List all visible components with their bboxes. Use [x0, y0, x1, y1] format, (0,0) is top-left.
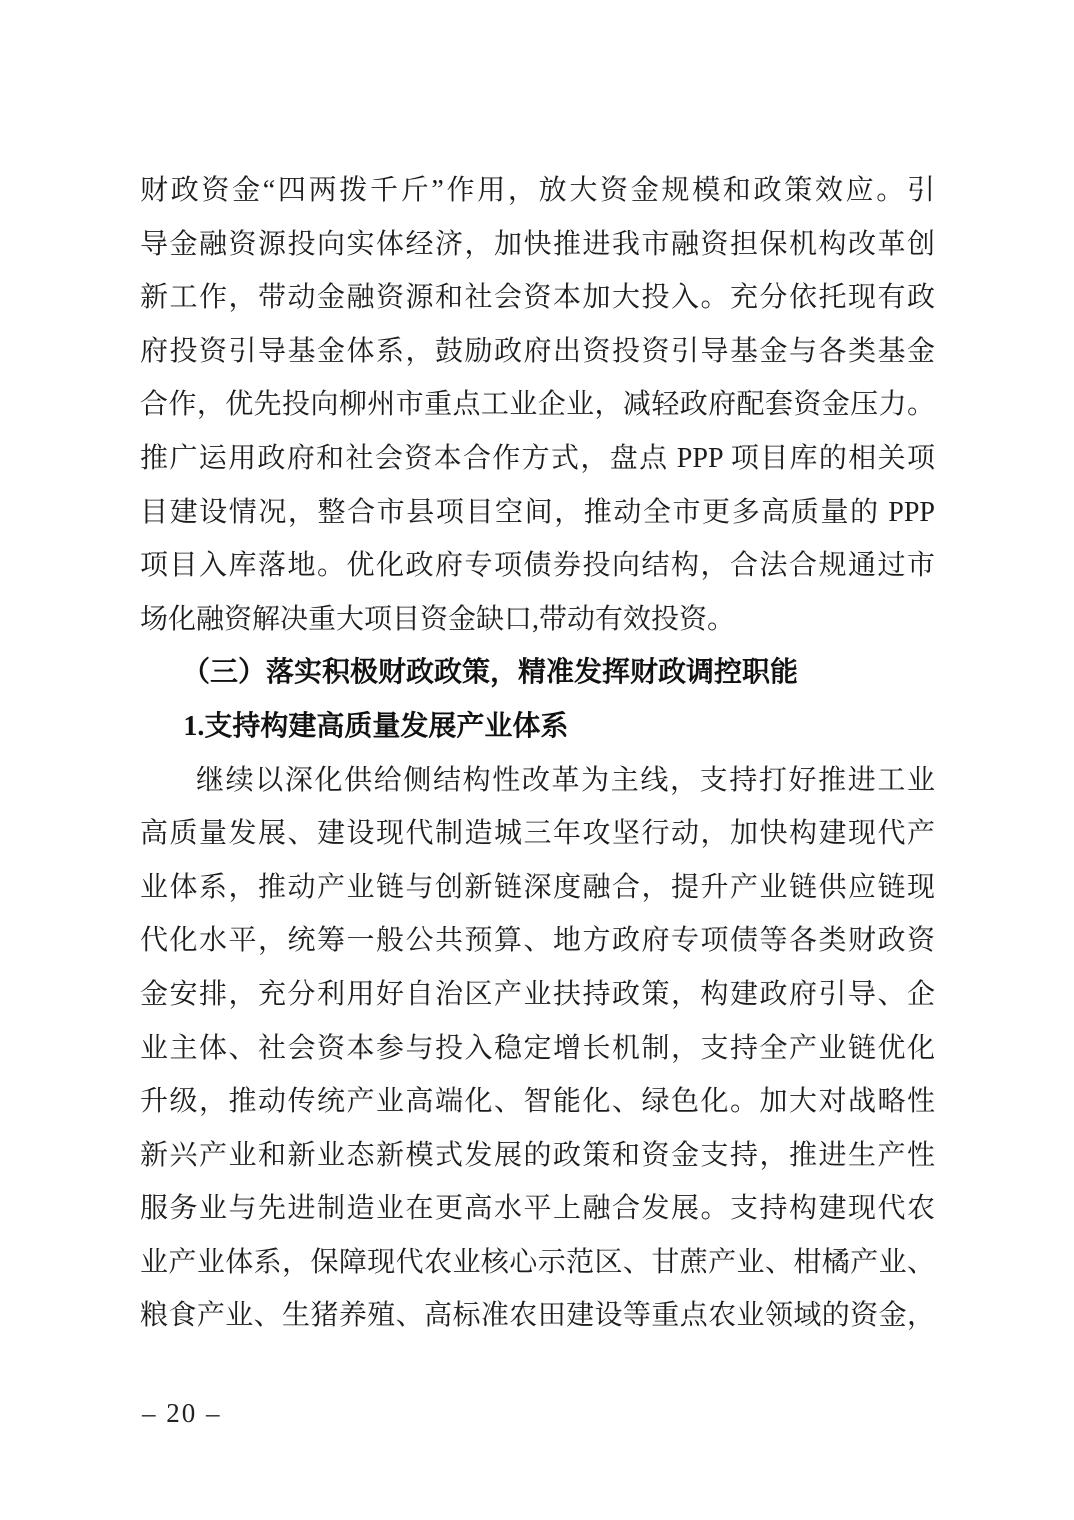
document-page: 财政资金“四两拨千斤”作用，放大资金规模和政策效应。引 导金融资源投向实体经济，…	[0, 0, 1074, 1520]
text-line: 服务业与先进制造业在更高水平上融合发展。支持构建现代农	[140, 1182, 935, 1236]
text-line: 业体系，推动产业链与创新链深度融合，提升产业链供应链现	[140, 861, 935, 915]
text-line: 项目入库落地。优化政府专项债券投向结构，合法合规通过市	[140, 539, 935, 593]
subsection-heading: 1.支持构建高质量发展产业体系	[140, 700, 935, 754]
text-line: 推广运用政府和社会资本合作方式，盘点 PPP 项目库的相关项	[140, 432, 935, 486]
text-line: 金安排，充分利用好自治区产业扶持政策，构建政府引导、企	[140, 968, 935, 1022]
text-line: 导金融资源投向实体经济，加快推进我市融资担保机构改革创	[140, 218, 935, 272]
text-line: 继续以深化供给侧结构性改革为主线，支持打好推进工业	[140, 754, 935, 808]
text-line: 业主体、社会资本参与投入稳定增长机制，支持全产业链优化	[140, 1022, 935, 1076]
text-line: 新工作，带动金融资源和社会资本加大投入。充分依托现有政	[140, 271, 935, 325]
text-line: 财政资金“四两拨千斤”作用，放大资金规模和政策效应。引	[140, 164, 935, 218]
text-line: 高质量发展、建设现代制造城三年攻坚行动，加快构建现代产	[140, 807, 935, 861]
text-line: 目建设情况，整合市县项目空间，推动全市更多高质量的 PPP	[140, 486, 935, 540]
text-line: 府投资引导基金体系，鼓励政府出资投资引导基金与各类基金	[140, 325, 935, 379]
section-heading: （三）落实积极财政政策，精准发挥财政调控职能	[140, 646, 935, 700]
page-number: – 20 –	[142, 1396, 222, 1430]
text-line: 场化融资解决重大项目资金缺口,带动有效投资。	[140, 593, 935, 647]
text-line: 升级，推动传统产业高端化、智能化、绿色化。加大对战略性	[140, 1075, 935, 1129]
text-line: 业产业体系，保障现代农业核心示范区、甘蔗产业、柑橘产业、	[140, 1236, 935, 1290]
text-line: 代化水平，统筹一般公共预算、地方政府专项债等各类财政资	[140, 914, 935, 968]
text-line: 粮食产业、生猪养殖、高标准农田建设等重点农业领域的资金，	[140, 1289, 935, 1343]
text-line: 合作，优先投向柳州市重点工业企业，减轻政府配套资金压力。	[140, 378, 935, 432]
text-line: 新兴产业和新业态新模式发展的政策和资金支持，推进生产性	[140, 1129, 935, 1183]
document-body: 财政资金“四两拨千斤”作用，放大资金规模和政策效应。引 导金融资源投向实体经济，…	[140, 164, 935, 1343]
